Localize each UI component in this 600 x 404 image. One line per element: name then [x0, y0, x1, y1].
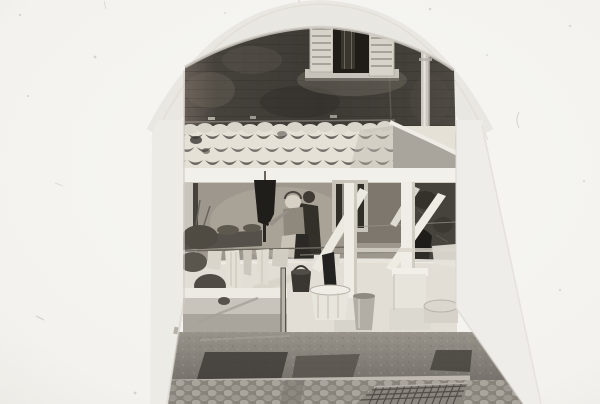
horizontal-rail — [357, 248, 457, 252]
wall-mottle — [185, 72, 235, 108]
ridge-fleck — [208, 117, 215, 120]
right-column — [401, 182, 415, 274]
ridge-fleck — [330, 115, 337, 118]
pipe-bracket — [419, 58, 432, 61]
dark-bucket — [291, 266, 311, 292]
ridge-fleck — [250, 116, 256, 119]
tile-gap-dark — [202, 148, 210, 154]
garment-tail — [263, 224, 266, 242]
hedge-bump — [217, 225, 239, 235]
pantile-roof — [182, 121, 457, 170]
cast-shadow — [292, 354, 360, 380]
grey-bucket — [353, 293, 375, 330]
photo-svg — [0, 0, 600, 404]
light-cap — [285, 195, 301, 209]
wash-trough — [183, 288, 287, 334]
foliage-blob — [433, 217, 453, 233]
center-post — [344, 183, 357, 301]
light-tub — [310, 285, 350, 320]
photograph-canvas — [0, 0, 600, 404]
dark-stone — [218, 297, 230, 305]
sill-shadow — [305, 78, 399, 81]
tile-gap-dark — [277, 131, 287, 137]
right-basin — [424, 300, 458, 323]
wall-mottle — [222, 46, 282, 74]
left-shutter — [310, 23, 333, 72]
tile-gap-dark — [190, 136, 202, 144]
roof-fascia — [183, 168, 457, 183]
cast-shadow — [430, 350, 472, 372]
cobblestone-pavement — [150, 380, 550, 404]
hedge-bump — [243, 224, 261, 232]
